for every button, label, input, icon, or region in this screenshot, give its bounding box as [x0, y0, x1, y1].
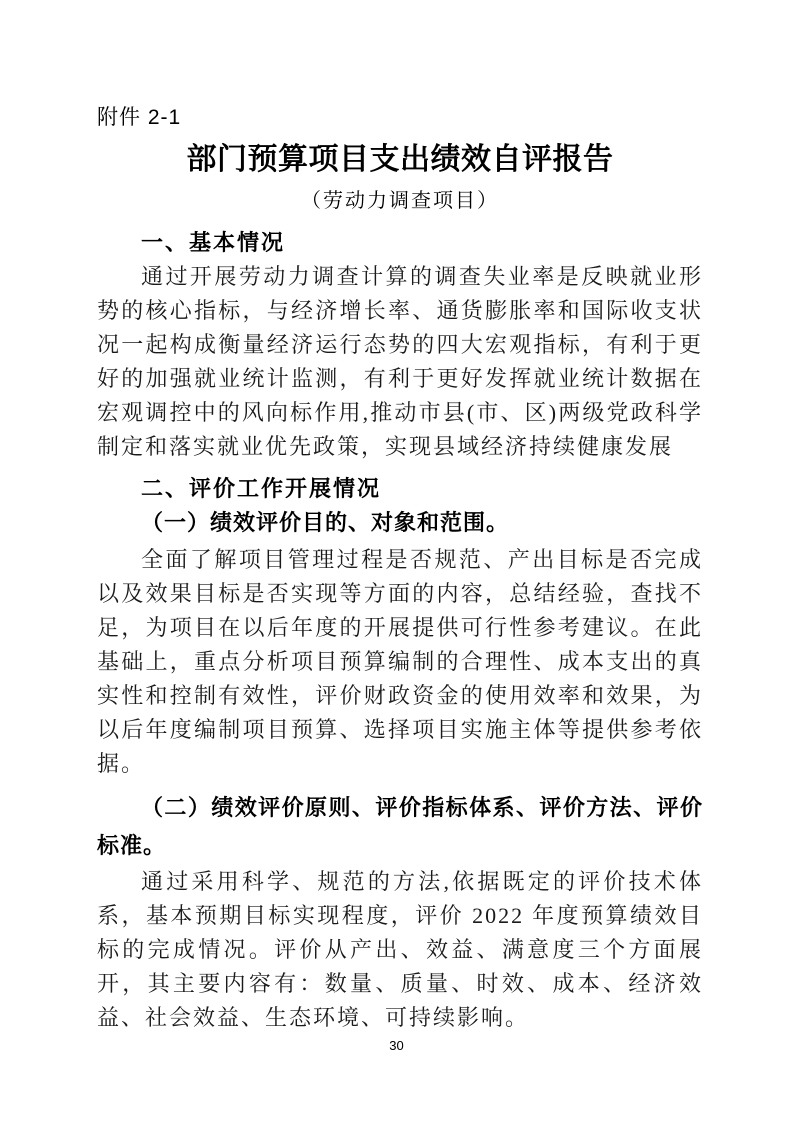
document-subtitle: （劳动力调查项目）	[97, 187, 703, 215]
document-title: 部门预算项目支出绩效自评报告	[97, 139, 703, 181]
document-body: 附件 2-1 部门预算项目支出绩效自评报告 （劳动力调查项目） 一、基本情况 通…	[97, 103, 703, 1035]
section-heading-basic-info: 一、基本情况	[97, 226, 703, 260]
subsection-heading-principles-methods: （二）绩效评价原则、评价指标体系、评价方法、评价标准。	[97, 789, 703, 865]
paragraph-purpose-scope: 全面了解项目管理过程是否规范、产出目标是否完成以及效果目标是否实现等方面的内容，…	[97, 543, 703, 781]
attachment-label: 附件 2-1	[97, 103, 703, 133]
page-number: 30	[0, 1038, 793, 1054]
paragraph-principles-methods: 通过采用科学、规范的方法,依据既定的评价技术体系，基本预期目标实现程度，评价 2…	[97, 865, 703, 1035]
document-page: 附件 2-1 部门预算项目支出绩效自评报告 （劳动力调查项目） 一、基本情况 通…	[0, 0, 793, 1122]
section-heading-evaluation-work: 二、评价工作开展情况	[97, 472, 703, 506]
paragraph-basic-info: 通过开展劳动力调查计算的调查失业率是反映就业形势的核心指标，与经济增长率、通货膨…	[97, 260, 703, 464]
subsection-heading-purpose-scope: （一）绩效评价目的、对象和范围。	[97, 506, 703, 540]
